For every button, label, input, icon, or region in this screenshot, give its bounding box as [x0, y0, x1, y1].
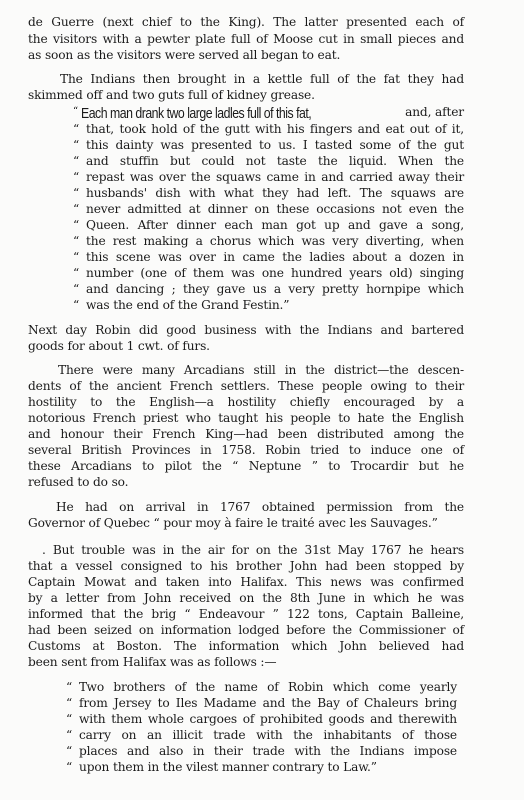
- quote-line: “and dancing ; they gave us a very prett…: [73, 281, 464, 297]
- quote-line: “number (one of them was one hundred yea…: [73, 265, 464, 281]
- text-line: Next day Robin did good business with th…: [28, 322, 464, 338]
- quote-lead-line: “Each man drank two large ladles full of…: [73, 104, 464, 122]
- quote-line: “places and also in their trade with the…: [66, 743, 457, 759]
- quote-line: “husbands' dish with what they had left.…: [73, 185, 464, 201]
- text-line: and honour their French King—had been di…: [28, 426, 464, 442]
- text-line: de Guerre (next chief to the King). The …: [28, 14, 464, 30]
- quote-line: “this dainty was presented to us. I tast…: [73, 137, 464, 153]
- quote-line: “never admitted at dinner on these occas…: [73, 201, 464, 217]
- text-line: by a letter from John received on the 8t…: [28, 590, 464, 606]
- text-line: The Indians then brought in a kettle ful…: [60, 71, 464, 87]
- quote-line: “was the end of the Grand Festin.”: [73, 297, 289, 313]
- quote-line: “carry on an illicit trade with the inha…: [66, 727, 457, 743]
- text-line: these Arcadians to pilot the “ Neptune ”…: [28, 458, 464, 474]
- quote-line: “Queen. After dinner each man got up and…: [73, 217, 464, 233]
- quote-line: “from Jersey to Iles Madame and the Bay …: [66, 695, 457, 711]
- text-line: informed that the brig “ Endeavour ” 122…: [28, 606, 464, 622]
- text-line: goods for about 1 cwt. of furs.: [28, 338, 210, 354]
- text-line: dents of the ancient French settlers. Th…: [28, 378, 464, 394]
- text-line: Governor of Quebec “ pour moy à faire le…: [28, 515, 438, 531]
- document-page: de Guerre (next chief to the King). The …: [0, 0, 524, 800]
- text-line: . But trouble was in the air for on the …: [42, 542, 464, 558]
- text-line: He had on arrival in 1767 obtained permi…: [56, 499, 464, 515]
- text-line: the visitors with a pewter plate full of…: [28, 31, 464, 47]
- text-line: had been seized on information lodged be…: [28, 622, 464, 638]
- text-line: been sent from Halifax was as follows :—: [28, 654, 276, 670]
- quote-line: “with them whole cargoes of prohibited g…: [66, 711, 457, 727]
- text-line: There were many Arcadians still in the d…: [58, 362, 464, 378]
- quote-mark: “: [73, 106, 78, 117]
- quote-line: “Two brothers of the name of Robin which…: [66, 679, 457, 695]
- quote-lead-rest: and, after: [405, 104, 464, 120]
- quote-line: “this scene was over in came the ladies …: [73, 249, 464, 265]
- text-line: skimmed off and two guts full of kidney …: [28, 87, 315, 103]
- quote-line: “upon them in the vilest manner contrary…: [66, 759, 377, 775]
- text-line: Captain Mowat and taken into Halifax. Th…: [28, 574, 464, 590]
- quote-line: “that, took hold of the gutt with his fi…: [73, 121, 464, 137]
- quote-lead-text: Each man drank two large ladles full of …: [81, 106, 311, 122]
- text-line: Customs at Boston. The information which…: [28, 638, 464, 654]
- text-line: several British Provinces in 1758. Robin…: [28, 442, 464, 458]
- quote-line: “and stuffin but could not taste the liq…: [73, 153, 464, 169]
- quote-line: “the rest making a chorus which was very…: [73, 233, 464, 249]
- text-line: notorious French priest who taught his p…: [28, 410, 464, 426]
- text-line: refused to do so.: [28, 474, 128, 490]
- text-line: hostility to the English—a hostility chi…: [28, 394, 464, 410]
- quote-line: “repast was over the squaws came in and …: [73, 169, 464, 185]
- text-line: as soon as the visitors were served all …: [28, 47, 340, 63]
- text-line: that a vessel consigned to his brother J…: [28, 558, 464, 574]
